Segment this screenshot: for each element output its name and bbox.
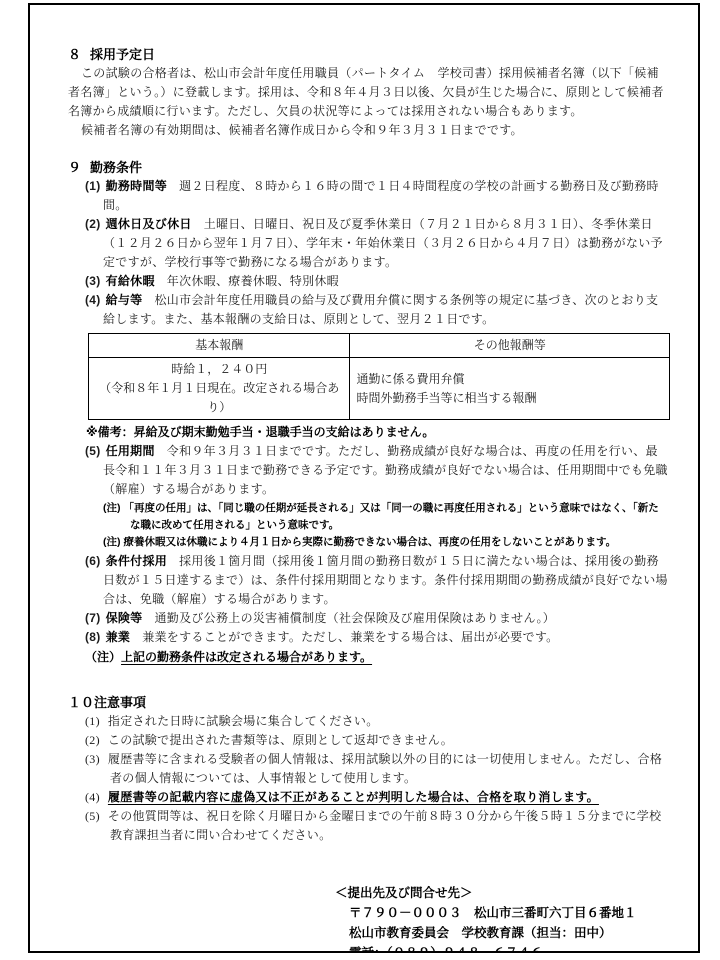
item-text: 兼業をすることができます。ただし、兼業をする場合は、届出が必要です。 — [142, 630, 558, 644]
item-text: その他質問等は、祝日を除く月曜日から金曜日までの午前８時３０分から午後５時１５分… — [108, 809, 662, 842]
item-number: (3) — [85, 752, 100, 766]
contact-lines: 〒７９０－０００３ 松山市三番町六丁目６番地１ 松山市教育委員会 学校教育課（担… — [349, 903, 668, 954]
note-text: 上記の勤務条件は改定される場合があります。 — [121, 650, 372, 664]
conditional-hiring-item: (6)条件付採用採用後１箇月間（採用後１箇月間の勤務日数が１５日に満たない場合は… — [68, 552, 668, 609]
item-number: (8) — [85, 630, 101, 644]
item-text: 履歴書等の記載内容に虚偽又は不正があることが判明した場合は、合格を取り消します。 — [108, 790, 599, 804]
item-number: (4) — [85, 293, 101, 307]
item-label: 週休日及び休日 — [106, 217, 192, 231]
caution-inquiries: (5)その他質問等は、祝日を除く月曜日から金曜日までの午前８時３０分から午後５時… — [68, 807, 668, 845]
contact-organization: 松山市教育委員会 学校教育課（担当：田中） — [349, 923, 668, 943]
item-number: (2) — [85, 733, 100, 747]
section10-heading: １０注意事項 — [68, 693, 668, 712]
section-work-conditions: ９勤務条件 (1)勤務時間等週２日程度、８時から１６時の間で１日４時間程度の学校… — [68, 158, 668, 667]
wage-note: （令和８年１月１日現在。改定される場合あり） — [95, 379, 343, 417]
salary-table-header-base: 基本報酬 — [89, 334, 350, 358]
salary-table-header-other: その他報酬等 — [350, 334, 670, 358]
item-number: (2) — [85, 217, 101, 231]
item-label: 条件付採用 — [106, 554, 168, 568]
salary-table-cell-other: 通勤に係る費用弁償 時間外勤務手当等に相当する報酬 — [350, 358, 670, 420]
item-number: (1) — [85, 179, 101, 193]
section9-heading: ９勤務条件 — [68, 158, 668, 177]
contact-block: ＜提出先及び問合せ先＞ 〒７９０－０００３ 松山市三番町六丁目６番地１ 松山市教… — [335, 883, 668, 954]
salary-table-note: ※備考：昇給及び期末勤勉手当・退職手当の支給はありません。 — [86, 423, 668, 442]
caution-false-statement: (4)履歴書等の記載内容に虚偽又は不正があることが判明した場合は、合格を取り消し… — [68, 788, 668, 807]
section10-number: １０ — [68, 693, 94, 712]
holidays-item: (2)週休日及び休日土曜日、日曜日、祝日及び夏季休業日（７月２１日から８月３１日… — [68, 215, 668, 272]
reappointment-note-1: (注)「再度の任用」は、「同じ職の任期が延長される」又は「同一の職に再度任用され… — [68, 500, 668, 533]
item-number: (4) — [85, 790, 100, 804]
item-text: 松山市会計年度任用職員の給与及び費用弁償に関する条例等の規定に基づき、次のとおり… — [103, 293, 658, 326]
contact-postal-address: 〒７９０－０００３ 松山市三番町六丁目６番地１ — [349, 903, 668, 923]
salary-table: 基本報酬 その他報酬等 時給１，２４０円 （令和８年１月１日現在。改定される場合… — [88, 333, 670, 420]
item-text: 指定された日時に試験会場に集合してください。 — [108, 714, 379, 728]
salary-item: (4)給与等松山市会計年度任用職員の給与及び費用弁償に関する条例等の規定に基づき… — [68, 291, 668, 329]
caution-personal-info: (3)履歴書等に含まれる受験者の個人情報は、採用試験以外の目的には一切使用しませ… — [68, 750, 668, 788]
commute-compensation: 通勤に係る費用弁償 — [356, 370, 663, 389]
item-text: 令和９年３月３１日までです。ただし、勤務成績が良好な場合は、再度の任用を行い、最… — [103, 444, 668, 496]
item-text: 採用後１箇月間（採用後１箇月間の勤務日数が１５日に満たない場合は、採用後の勤務日… — [103, 554, 668, 606]
reappointment-note-2: (注)療養休暇又は休職により４月１日から実際に勤務できない場合は、再度の任用をし… — [68, 534, 668, 551]
page-border: ８採用予定日 この試験の合格者は、松山市会計年度任用職員（パートタイム 学校司書… — [28, 3, 700, 953]
section9-number: ９ — [68, 158, 90, 177]
section8-title: 採用予定日 — [90, 47, 155, 62]
item-number: (7) — [85, 611, 101, 625]
item-label: 保険等 — [106, 611, 143, 625]
section-hiring-date: ８採用予定日 この試験の合格者は、松山市会計年度任用職員（パートタイム 学校司書… — [68, 45, 668, 140]
item-label: 給与等 — [106, 293, 143, 307]
appointment-period-item: (5)任用期間令和９年３月３１日までです。ただし、勤務成績が良好な場合は、再度の… — [68, 442, 668, 499]
item-label: 兼業 — [106, 630, 131, 644]
hourly-wage: 時給１，２４０円 — [95, 360, 343, 379]
item-text: 年次休暇、療養休暇、特別休暇 — [167, 274, 339, 288]
item-label: 有給休暇 — [106, 274, 155, 288]
note-text: 療養休暇又は休職により４月１日から実際に勤務できない場合は、再度の任用をしないこ… — [124, 536, 617, 548]
item-text: この試験で提出された書類等は、原則として返却できません。 — [108, 733, 453, 747]
note-prefix: (注) — [103, 502, 121, 514]
salary-table-header-row: 基本報酬 その他報酬等 — [89, 334, 670, 358]
salary-table-cell-base: 時給１，２４０円 （令和８年１月１日現在。改定される場合あり） — [89, 358, 350, 420]
contact-phone: 電話：（０８９）９４８－６７４６ — [349, 943, 668, 954]
side-job-item: (8)兼業兼業をすることができます。ただし、兼業をする場合は、届出が必要です。 — [68, 628, 668, 647]
note-prefix: (注) — [103, 536, 121, 548]
note-text: 「再度の任用」は、「同じ職の任期が延長される」又は「同一の職に再度任用される」と… — [124, 502, 659, 531]
overtime-compensation: 時間外勤務手当等に相当する報酬 — [356, 389, 663, 408]
item-text: 通勤及び公務上の災害補償制度（社会保険及び雇用保険はありません。） — [154, 611, 555, 625]
conditions-change-note: （注）上記の勤務条件は改定される場合があります。 — [68, 648, 668, 667]
work-hours-item: (1)勤務時間等週２日程度、８時から１６時の間で１日４時間程度の学校の計画する勤… — [68, 177, 668, 215]
caution-gathering: (1)指定された日時に試験会場に集合してください。 — [68, 712, 668, 731]
item-text: 履歴書等に含まれる受験者の個人情報は、採用試験以外の目的には一切使用しません。た… — [108, 752, 662, 785]
insurance-item: (7)保険等通勤及び公務上の災害補償制度（社会保険及び雇用保険はありません。） — [68, 609, 668, 628]
item-label: 任用期間 — [106, 444, 155, 458]
section8-heading: ８採用予定日 — [68, 45, 668, 64]
section8-paragraph-1: この試験の合格者は、松山市会計年度任用職員（パートタイム 学校司書）採用候補者名… — [68, 64, 668, 121]
section-cautions: １０注意事項 (1)指定された日時に試験会場に集合してください。 (2)この試験… — [68, 693, 668, 845]
caution-documents-no-return: (2)この試験で提出された書類等は、原則として返却できません。 — [68, 731, 668, 750]
paid-leave-item: (3)有給休暇年次休暇、療養休暇、特別休暇 — [68, 272, 668, 291]
item-text: 週２日程度、８時から１６時の間で１日４時間程度の学校の計画する勤務日及び勤務時間… — [103, 179, 659, 212]
note-prefix: （注） — [85, 650, 121, 664]
item-number: (5) — [85, 444, 101, 458]
section8-number: ８ — [68, 45, 90, 64]
item-label: 勤務時間等 — [106, 179, 168, 193]
section10-title: 注意事項 — [94, 695, 146, 710]
item-number: (3) — [85, 274, 101, 288]
item-number: (5) — [85, 809, 100, 823]
contact-heading: ＜提出先及び問合せ先＞ — [335, 883, 668, 903]
section8-paragraph-2: 候補者名簿の有効期間は、候補者名簿作成日から令和９年３月３１日までです。 — [68, 121, 668, 140]
salary-table-body-row: 時給１，２４０円 （令和８年１月１日現在。改定される場合あり） 通勤に係る費用弁… — [89, 358, 670, 420]
item-number: (1) — [85, 714, 100, 728]
item-number: (6) — [85, 554, 101, 568]
section9-title: 勤務条件 — [90, 160, 142, 175]
